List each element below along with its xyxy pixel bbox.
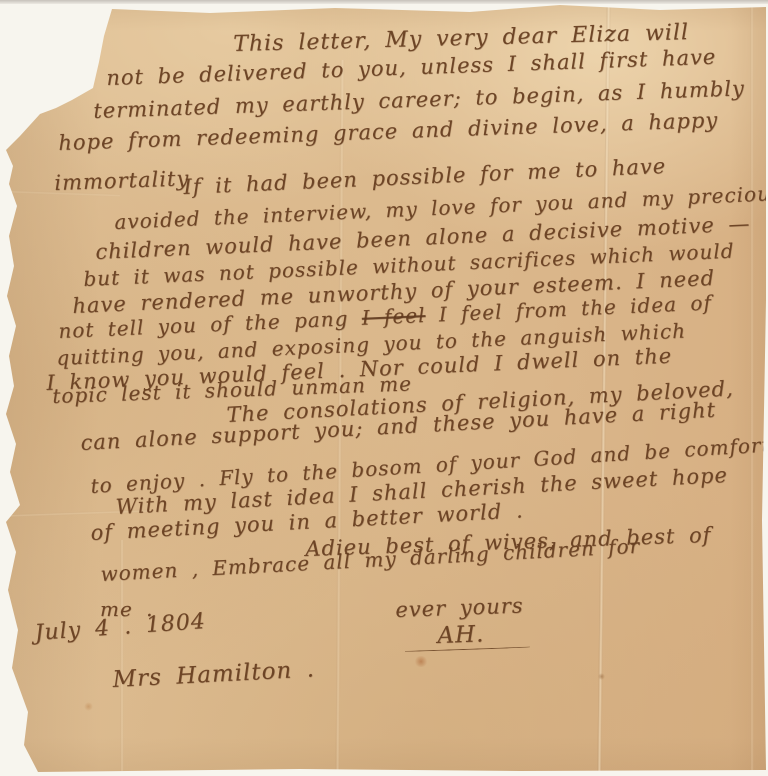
scan-edge-shadow: [0, 0, 768, 4]
addressee: Mrs Hamilton .: [112, 657, 315, 692]
scanned-letter-image: This letter, My very dear Eliza willnot …: [0, 0, 768, 776]
date-line: July 4 . 1804: [34, 610, 207, 645]
handwriting-layer: This letter, My very dear Eliza willnot …: [0, 0, 768, 776]
letter-paper: This letter, My very dear Eliza willnot …: [0, 0, 768, 776]
closing-line: ever yours: [395, 595, 524, 622]
signature: AH.: [437, 622, 485, 648]
letter-line-5: immortality: [54, 167, 190, 194]
